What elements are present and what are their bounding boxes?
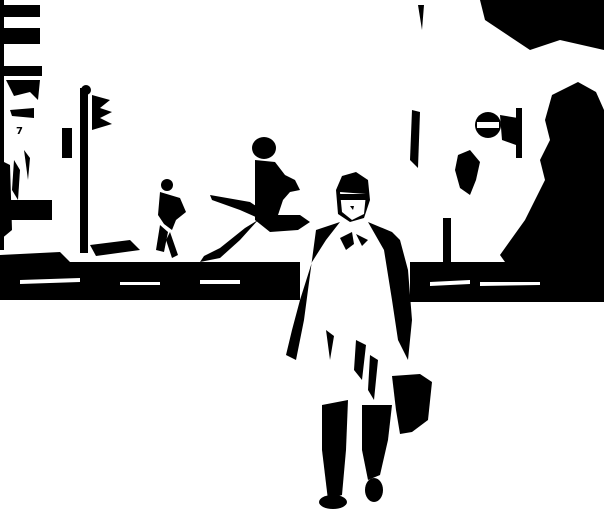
no-entry-sign [475,112,501,138]
bollard [443,218,451,262]
sunglasses [340,194,366,200]
building-number: 7 [16,126,23,137]
left-shoe [319,495,347,509]
right-shoe [365,478,383,502]
photo-scene: 7 [0,0,604,515]
